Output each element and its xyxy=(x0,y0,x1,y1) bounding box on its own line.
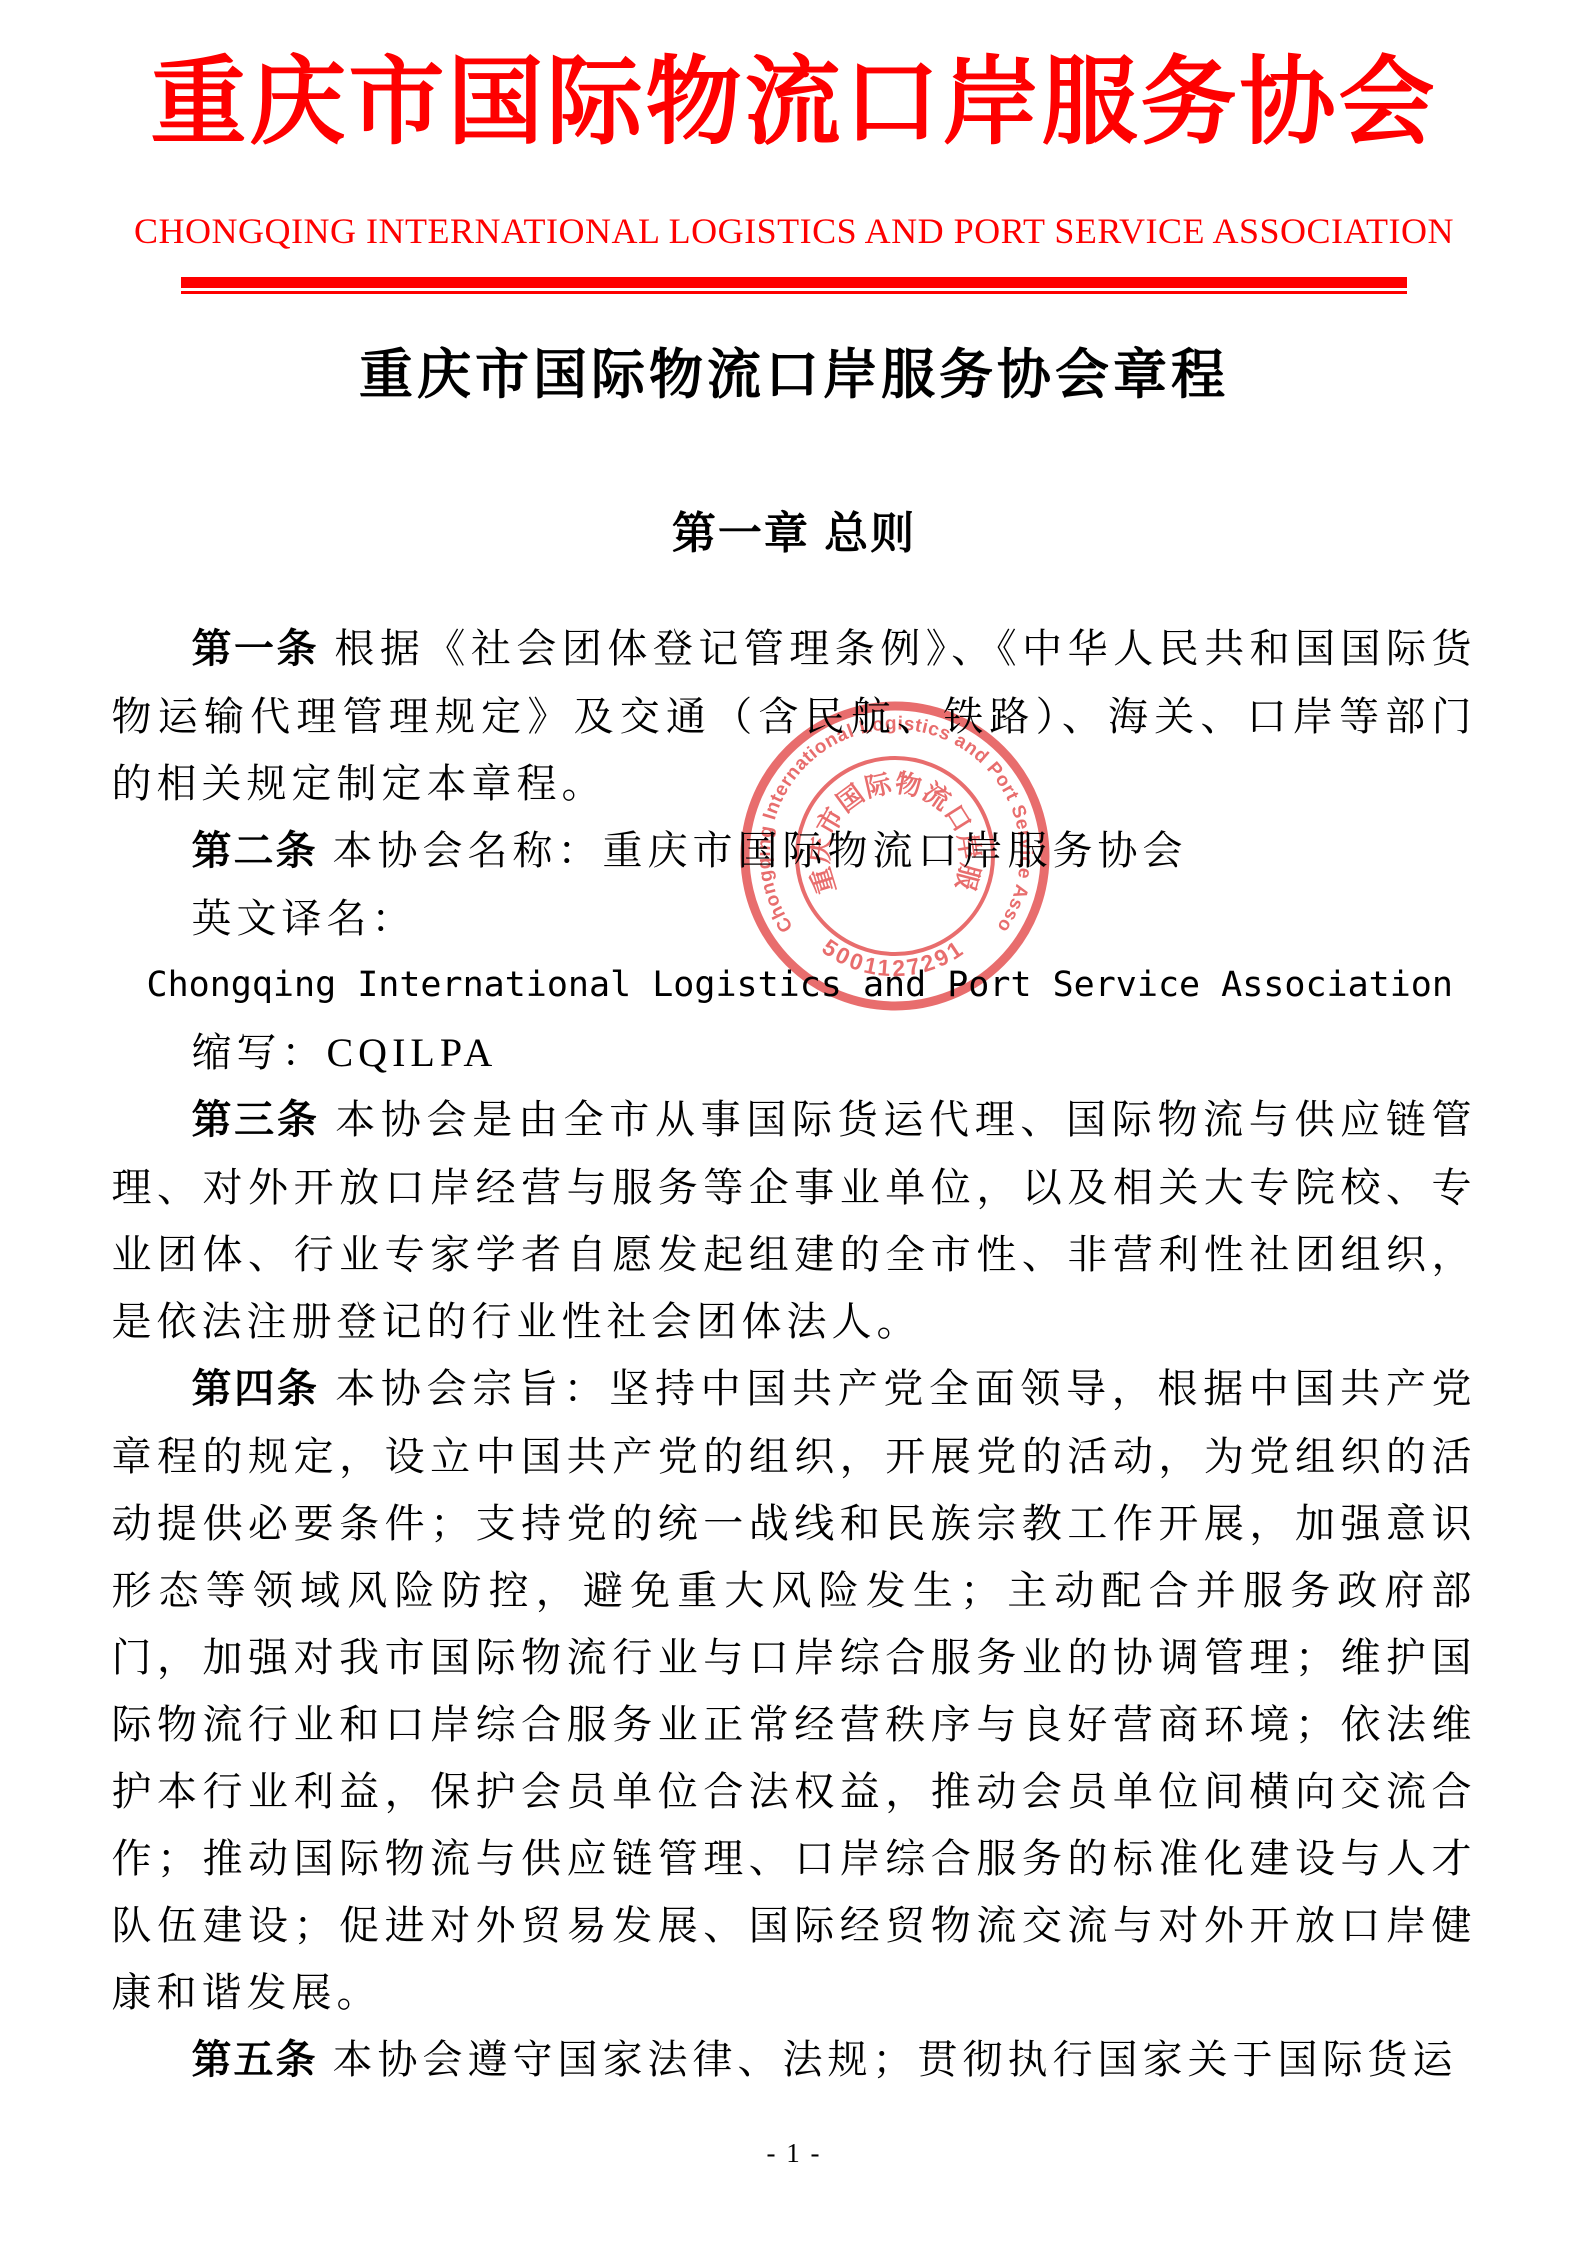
document-body: 第一条 根据《社会团体登记管理条例》、《中华人民共和国国际货物运输代理管理规定》… xyxy=(112,615,1477,2094)
org-name-english: CHONGQING INTERNATIONAL LOGISTICS AND PO… xyxy=(0,212,1588,252)
article-label: 第四条 xyxy=(192,1367,320,1411)
letterhead: 重庆市国际物流口岸服务协会 CHONGQING INTERNATIONAL LO… xyxy=(0,0,1588,294)
body-paragraph: 英文译名： xyxy=(112,885,1477,952)
article-label: 第二条 xyxy=(192,829,318,873)
document-title: 重庆市国际物流口岸服务协会章程 xyxy=(0,344,1588,406)
letterhead-divider xyxy=(181,277,1407,294)
body-paragraph: 第一条 根据《社会团体登记管理条例》、《中华人民共和国国际货物运输代理管理规定》… xyxy=(112,615,1477,817)
article-label: 第五条 xyxy=(192,2038,318,2082)
divider-thick-line xyxy=(181,277,1407,288)
body-paragraph: 缩写：CQILPA xyxy=(112,1019,1477,1086)
article-label: 第一条 xyxy=(192,627,319,671)
page-number: - 1 - xyxy=(0,2138,1588,2169)
chapter-heading: 第一章 总则 xyxy=(0,510,1588,558)
document-page: 重庆市国际物流口岸服务协会 CHONGQING INTERNATIONAL LO… xyxy=(0,0,1588,2245)
body-paragraph: 第二条 本协会名称：重庆市国际物流口岸服务协会 xyxy=(112,817,1477,885)
body-paragraph: 第五条 本协会遵守国家法律、法规；贯彻执行国家关于国际货运 xyxy=(112,2026,1477,2094)
article-label: 第三条 xyxy=(192,1098,320,1142)
org-name-chinese: 重庆市国际物流口岸服务协会 xyxy=(0,0,1588,154)
document-main: 重庆市国际物流口岸服务协会章程 第一章 总则 第一条 根据《社会团体登记管理条例… xyxy=(0,344,1588,2093)
body-paragraph: Chongqing International Logistics and Po… xyxy=(112,952,1477,1019)
divider-thin-line xyxy=(181,291,1407,294)
body-paragraph: 第四条 本协会宗旨：坚持中国共产党全面领导，根据中国共产党章程的规定，设立中国共… xyxy=(112,1355,1477,2026)
body-paragraph: 第三条 本协会是由全市从事国际货运代理、国际物流与供应链管理、对外开放口岸经营与… xyxy=(112,1086,1477,1355)
